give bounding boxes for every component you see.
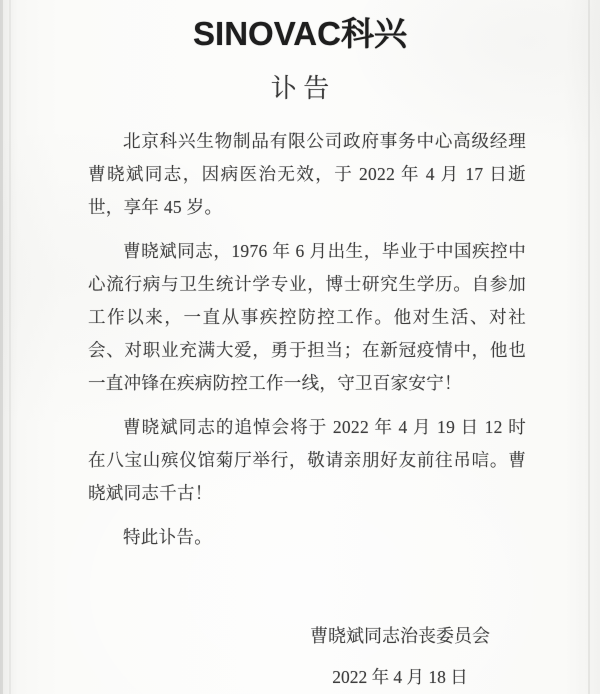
company-logo: SINOVAC科兴	[0, 8, 600, 55]
notice-body: 北京科兴生物制品有限公司政府事务中心高级经理曹晓斌同志，因病医治无效，于 202…	[88, 125, 526, 565]
document-page: SINOVAC科兴 讣 告 北京科兴生物制品有限公司政府事务中心高级经理曹晓斌同…	[0, 0, 600, 694]
notice-paragraph-biography: 曹晓斌同志，1976 年 6 月出生，毕业于中国疾控中心流行病与卫生统计学专业，…	[88, 235, 526, 400]
notice-paragraph-death-announcement: 北京科兴生物制品有限公司政府事务中心高级经理曹晓斌同志，因病医治无效，于 202…	[88, 125, 526, 224]
signature-committee: 曹晓斌同志治丧委员会	[290, 622, 510, 648]
notice-paragraph-memorial-arrangement: 曹晓斌同志的追悼会将于 2022 年 4 月 19 日 12 时在八宝山殡仪馆菊…	[88, 411, 526, 510]
notice-title: 讣 告	[0, 68, 600, 105]
notice-paragraph-closing: 特此讣告。	[88, 521, 526, 554]
signature-date: 2022 年 4 月 18 日	[290, 664, 510, 689]
